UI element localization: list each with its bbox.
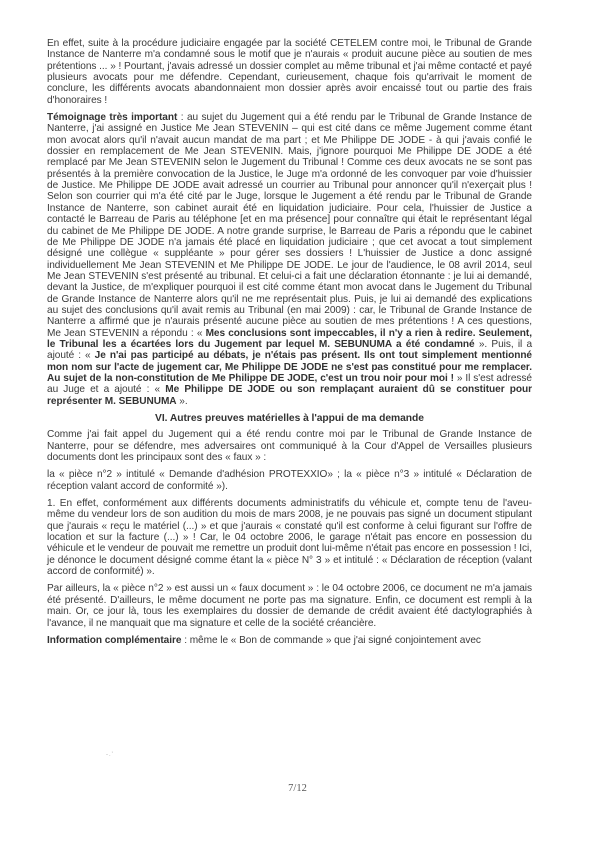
paragraph-information-complementaire: Information complémentaire : même le « B… [47, 635, 532, 646]
paragraph-text: Par ailleurs, la « pièce n°2 » est aussi… [47, 583, 532, 628]
paragraph-text: 1. En effet, conformément aux différents… [47, 498, 532, 577]
paragraph-cetelem-procedure: En effet, suite à la procédure judiciair… [47, 38, 532, 106]
paragraph-text: : même le « Bon de commande » que j'ai s… [181, 635, 480, 646]
paragraph-temoignage: Témoignage très important : au sujet du … [47, 112, 532, 407]
scan-speck: -.' [106, 752, 114, 758]
temoignage-label: Témoignage très important [47, 112, 177, 123]
section-heading: VI. Autres preuves matérielles à l'appui… [47, 413, 532, 424]
paragraph-text: En effet, suite à la procédure judiciair… [47, 38, 532, 106]
paragraph-pieces: la « pièce n°2 » intitulé « Demande d'ad… [47, 469, 532, 492]
paragraph-point-1: 1. En effet, conformément aux différents… [47, 498, 532, 577]
paragraph-text: la « pièce n°2 » intitulé « Demande d'ad… [47, 469, 532, 491]
information-label: Information complémentaire [47, 635, 181, 646]
paragraph-text: Comme j'ai fait appel du Jugement qui a … [47, 429, 532, 463]
document-page: En effet, suite à la procédure judiciair… [47, 38, 532, 652]
paragraph-appel: Comme j'ai fait appel du Jugement qui a … [47, 429, 532, 463]
paragraph-text: ». [177, 396, 188, 407]
paragraph-text: : au sujet du Jugement qui a été rendu p… [47, 112, 532, 339]
page-number: 7/12 [0, 783, 595, 794]
paragraph-piece-2: Par ailleurs, la « pièce n°2 » est aussi… [47, 583, 532, 628]
